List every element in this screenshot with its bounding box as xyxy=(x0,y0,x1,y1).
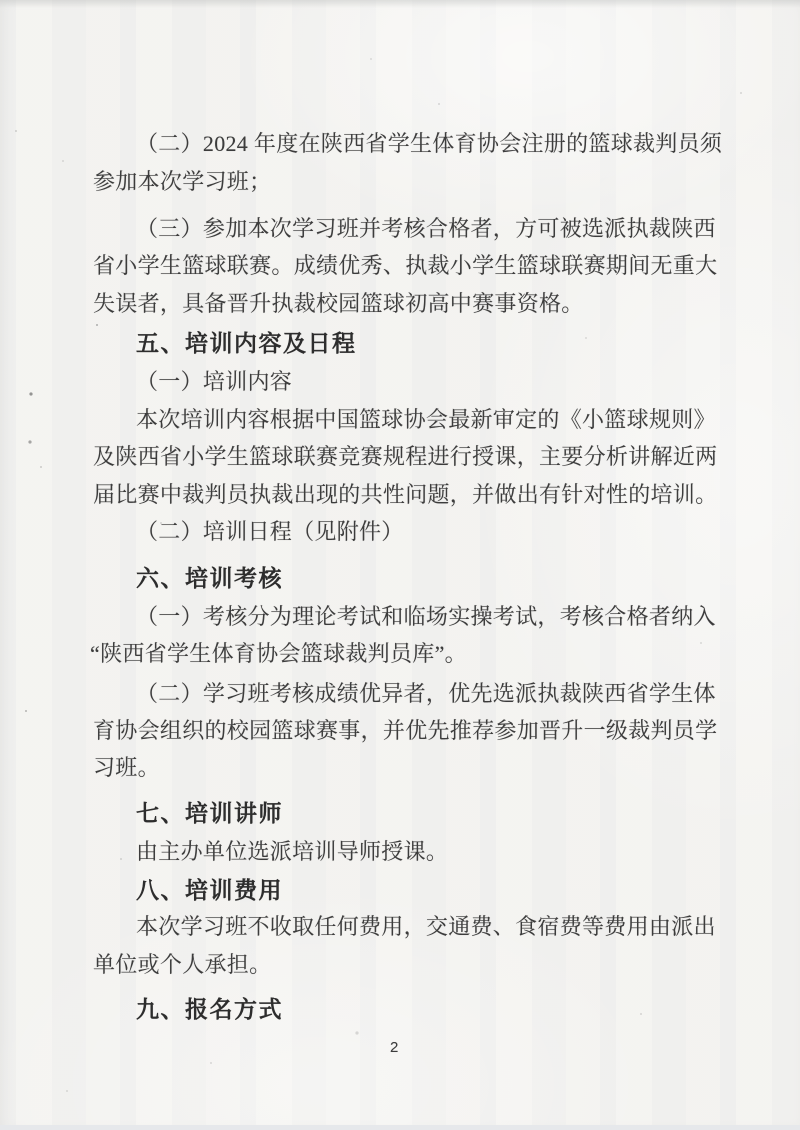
body-line: 省小学生篮球联赛。成绩优秀、执裁小学生篮球联赛期间无重大 xyxy=(93,252,717,280)
body-line: 本次学习班不收取任何费用，交通费、食宿费等费用由派出 xyxy=(136,913,716,941)
heading-line: 八、培训费用 xyxy=(136,876,283,904)
body-line: 由主办单位选派培训导师授课。 xyxy=(136,838,448,866)
heading-line: 六、培训考核 xyxy=(136,564,283,592)
scanned-document-page: （二）2024 年度在陕西省学生体育协会注册的篮球裁判员须参加本次学习班；（三）… xyxy=(0,0,800,1130)
body-line: （二）2024 年度在陕西省学生体育协会注册的篮球裁判员须 xyxy=(136,130,722,158)
scan-bottom-edge xyxy=(0,1125,800,1130)
page-number: 2 xyxy=(390,1039,398,1056)
heading-line: 九、报名方式 xyxy=(136,995,283,1023)
body-line: “陕西省学生体育协会篮球裁判员库”。 xyxy=(90,640,467,668)
scan-top-edge xyxy=(0,0,800,8)
scan-speckles xyxy=(0,0,2,2)
heading-line: 七、培训讲师 xyxy=(136,799,283,827)
body-line: 失误者，具备晋升执裁校园篮球初高中赛事资格。 xyxy=(93,290,584,318)
body-line: 届比赛中裁判员执裁出现的共性问题，并做出有针对性的培训。 xyxy=(93,481,717,509)
body-line: 本次培训内容根据中国篮球协会最新审定的《小篮球规则》 xyxy=(136,406,716,434)
body-line: （一）培训内容 xyxy=(136,368,292,396)
body-line: 参加本次学习班； xyxy=(93,168,271,196)
body-line: （三）参加本次学习班并考核合格者，方可被选派执裁陕西 xyxy=(136,215,716,243)
body-line: 单位或个人承担。 xyxy=(93,951,271,979)
body-line: 育协会组织的校园篮球赛事，并优先推荐参加晋升一级裁判员学 xyxy=(93,717,717,745)
body-line: （二）培训日程（见附件） xyxy=(136,518,404,546)
body-line: 及陕西省小学生篮球联赛竞赛规程进行授课，主要分析讲解近两 xyxy=(93,443,717,471)
heading-line: 五、培训内容及日程 xyxy=(136,329,357,357)
body-line: （二）学习班考核成绩优异者，优先选派执裁陕西省学生体 xyxy=(136,680,716,708)
body-line: （一）考核分为理论考试和临场实操考试，考核合格者纳入 xyxy=(136,603,716,631)
body-line: 习班。 xyxy=(93,754,160,782)
